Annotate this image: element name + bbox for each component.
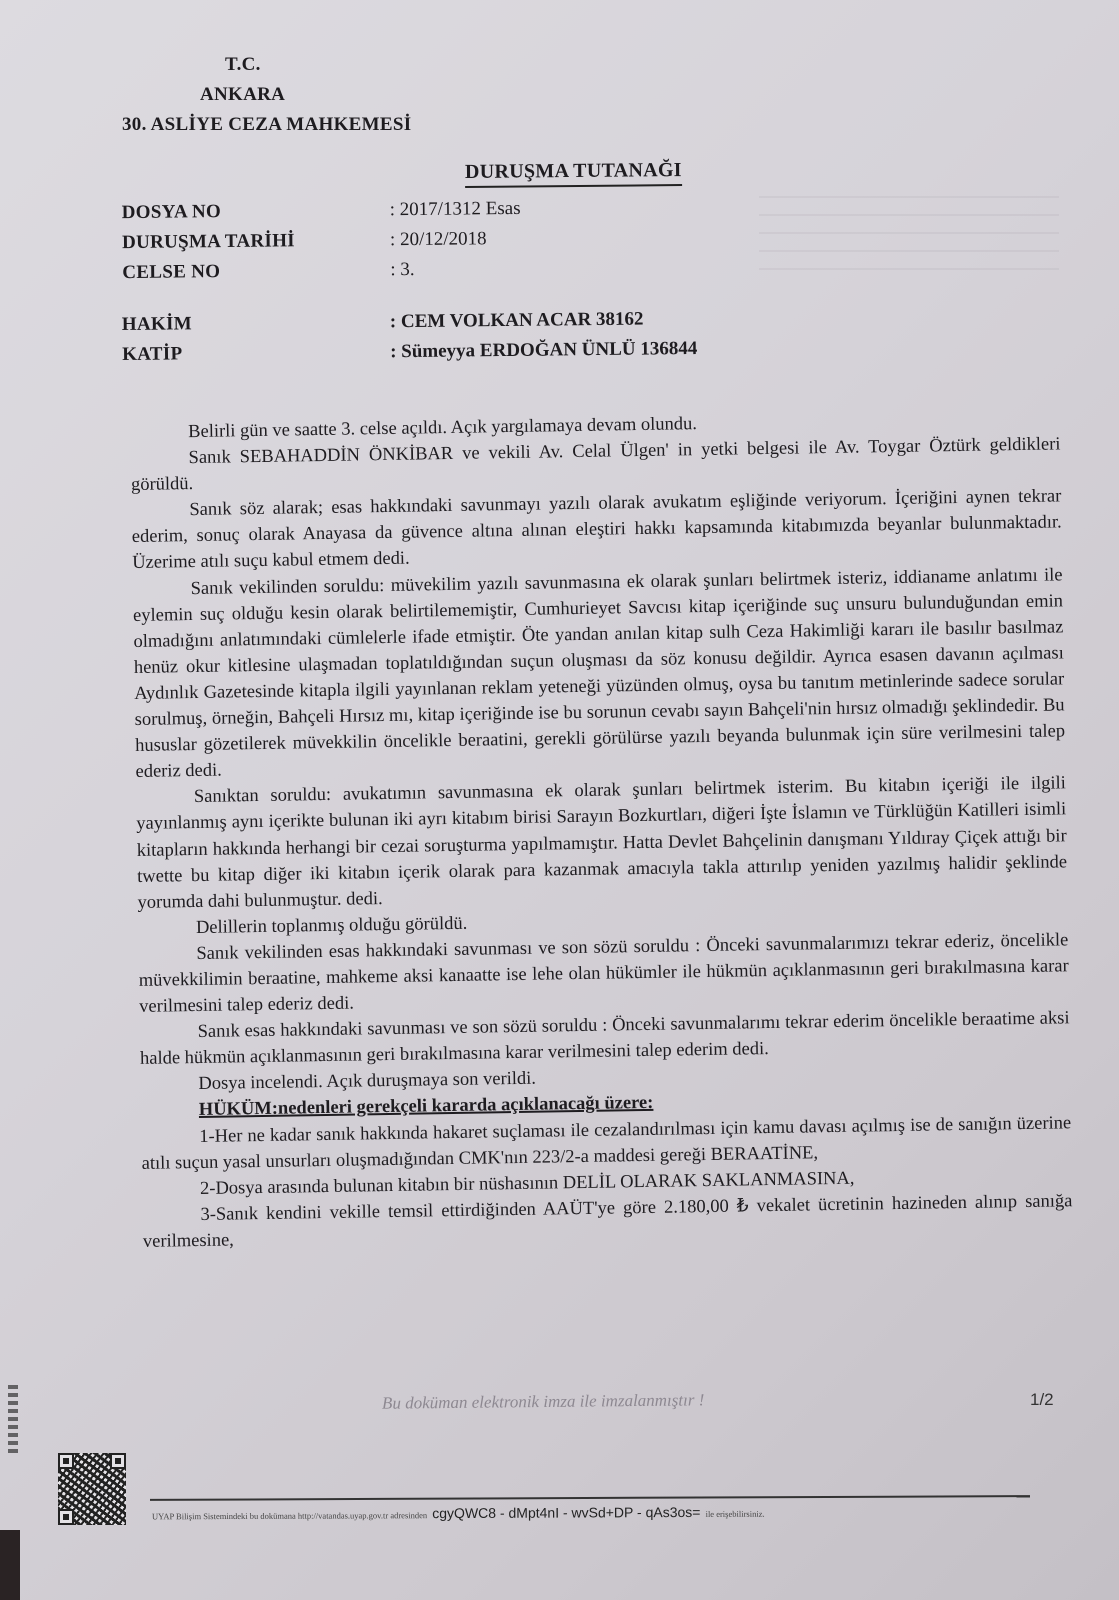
qr-code-icon <box>58 1453 126 1525</box>
official-value: : Sümeyya ERDOĞAN ÜNLÜ 136844 <box>390 338 697 363</box>
footer-verification: UYAP Bilişim Sistemindeki bu dokümana ht… <box>152 1504 765 1523</box>
paragraph: Sanıktan soruldu: avukatımın savunmasına… <box>136 771 1068 916</box>
paragraph: Sanık söz alarak; esas hakkındaki savunm… <box>131 484 1062 577</box>
meta-row-file-no: DOSYA NO : 2017/1312 Esas <box>122 194 521 228</box>
meta-label: DOSYA NO <box>122 199 390 224</box>
official-clerk: KATİP : Sümeyya ERDOĞAN ÜNLÜ 136844 <box>122 334 697 370</box>
verdict-heading: HÜKÜM:nedenleri gerekçeli kararda açıkla… <box>199 1093 654 1120</box>
officials: HAKİM : CEM VOLKAN ACAR 38162 KATİP : Sü… <box>122 304 698 370</box>
photo-edge-shadow <box>0 1530 20 1600</box>
meta-value: : 3. <box>390 259 415 281</box>
document-page: T.C. ANKARA 30. ASLİYE CEZA MAHKEMESİ DU… <box>0 0 1119 1600</box>
header-city: ANKARA <box>122 80 411 110</box>
paragraph: Sanık vekilinden soruldu: müvekilim yazı… <box>132 562 1065 785</box>
verification-code: cgyQWC8 - dMpt4nI - wvSd+DP - qAs3os= <box>432 1504 700 1521</box>
meta-label: CELSE NO <box>122 259 390 284</box>
qr-finder-icon <box>58 1509 74 1525</box>
meta-row-hearing-date: DURUŞMA TARİHİ : 20/12/2018 <box>122 224 521 258</box>
e-signature-note: Bu doküman elektronik imza ile imzalanmı… <box>382 1390 705 1413</box>
meta-value: : 20/12/2018 <box>390 228 487 251</box>
meta-value: : 2017/1312 Esas <box>390 198 521 221</box>
court-header: T.C. ANKARA 30. ASLİYE CEZA MAHKEMESİ <box>122 50 411 140</box>
official-value: : CEM VOLKAN ACAR 38162 <box>390 309 644 334</box>
official-label: HAKİM <box>122 311 390 336</box>
header-court: 30. ASLİYE CEZA MAHKEMESİ <box>122 110 411 140</box>
footer-prefix: UYAP Bilişim Sistemindeki bu dokümana ht… <box>152 1510 427 1521</box>
qr-finder-icon <box>110 1453 126 1469</box>
side-mark <box>8 1385 18 1455</box>
official-label: KATİP <box>122 341 390 366</box>
document-title: DURUŞMA TUTANAĞI <box>465 159 682 188</box>
bleed-through-text <box>759 180 1059 270</box>
footer-suffix: ile erişebilirsiniz. <box>706 1509 765 1519</box>
paragraph: Sanık vekilinden esas hakkındaki savunma… <box>138 927 1069 1020</box>
page-number: 1/2 <box>1030 1390 1054 1410</box>
footer-divider <box>150 1495 1030 1501</box>
minutes-body: Belirli gün ve saatte 3. celse açıldı. A… <box>130 405 1073 1255</box>
case-meta: DOSYA NO : 2017/1312 Esas DURUŞMA TARİHİ… <box>122 194 522 288</box>
header-tc: T.C. <box>122 50 411 80</box>
meta-row-session-no: CELSE NO : 3. <box>122 254 521 288</box>
meta-label: DURUŞMA TARİHİ <box>122 229 390 254</box>
qr-finder-icon <box>58 1453 74 1469</box>
